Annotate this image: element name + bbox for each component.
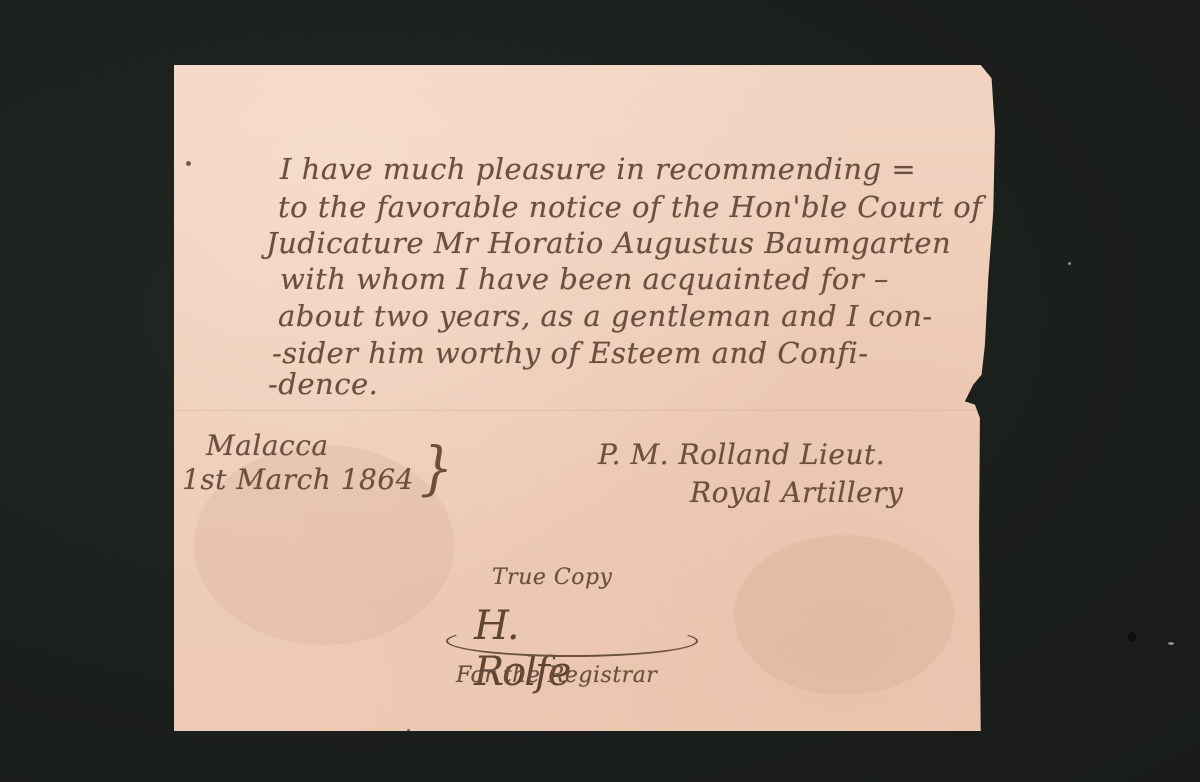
body-line-1: I have much pleasure in recommending = (280, 152, 916, 186)
letter-paper: I have much pleasure in recommending = t… (174, 65, 1010, 731)
signatory-unit: Royal Artillery (690, 476, 903, 509)
body-line-6: -sider him worthy of Esteem and Confi- (272, 336, 869, 370)
body-line-5: about two years, as a gentleman and I co… (278, 299, 933, 333)
brace-mark: } (420, 439, 453, 497)
place-label: Malacca (206, 429, 329, 462)
signature-flourish (446, 625, 698, 657)
body-line-2: to the favorable notice of the Hon'ble C… (278, 190, 982, 224)
true-copy-heading: True Copy (492, 565, 612, 590)
registrar-role: For the Registrar (456, 663, 657, 688)
date-label: 1st March 1864 (182, 463, 414, 496)
background-speck (1068, 262, 1071, 265)
body-line-3: Judicature Mr Horatio Augustus Baumgarte… (266, 226, 951, 260)
signatory-name: P. M. Rolland Lieut. (598, 438, 885, 471)
background-speck (1168, 642, 1174, 645)
body-line-7: -dence. (268, 367, 378, 401)
background-speck (1128, 632, 1136, 642)
body-line-4: with whom I have been acquainted for – (280, 262, 889, 296)
scan-background: I have much pleasure in recommending = t… (0, 0, 1200, 782)
